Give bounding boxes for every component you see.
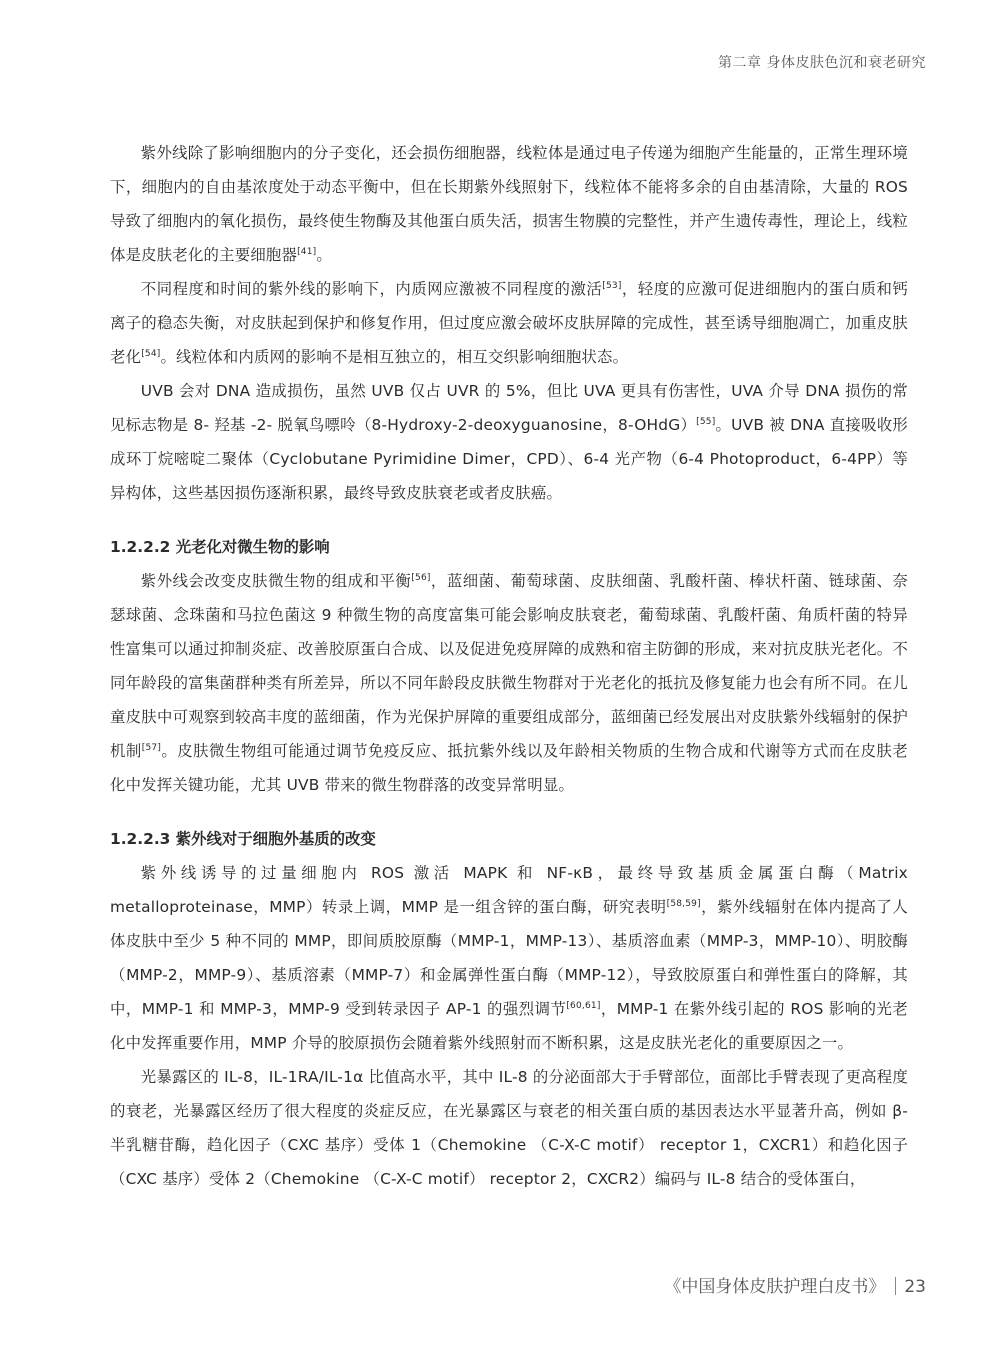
running-header: 第二章 身体皮肤色沉和衰老研究 [718,52,926,72]
paragraph: 紫外线除了影响细胞内的分子变化，还会损伤细胞器，线粒体是通过电子传递为细胞产生能… [110,136,908,272]
citation: [57] [142,743,161,753]
paragraph: UVB 会对 DNA 造成损伤，虽然 UVB 仅占 UVR 的 5%，但比 UV… [110,374,908,510]
page-footer: 《中国身体皮肤护理白皮书》23 [664,1272,926,1297]
citation: [55] [696,417,715,427]
paragraph: 紫外线会改变皮肤微生物的组成和平衡[56]，蓝细菌、葡萄球菌、皮肤细菌、乳酸杆菌… [110,564,908,802]
citation: [41] [297,247,316,257]
citation: [53] [602,281,621,291]
book-title: 《中国身体皮肤护理白皮书》 [664,1277,885,1297]
citation: [60,61] [566,1001,600,1011]
paragraph: 紫外线诱导的过量细胞内 ROS 激活 MAPK 和 NF-κB，最终导致基质金属… [110,856,908,1060]
page-body: 紫外线除了影响细胞内的分子变化，还会损伤细胞器，线粒体是通过电子传递为细胞产生能… [110,136,908,1196]
citation: [58,59] [667,899,701,909]
page-number: 23 [904,1277,926,1297]
paragraph: 不同程度和时间的紫外线的影响下，内质网应激被不同程度的激活[53]，轻度的应激可… [110,272,908,374]
section-heading: 1.2.2.3 紫外线对于细胞外基质的改变 [110,822,908,856]
paragraph: 光暴露区的 IL-8，IL-1RA/IL-1α 比值高水平，其中 IL-8 的分… [110,1060,908,1196]
citation: [56] [411,573,430,583]
section-heading: 1.2.2.2 光老化对微生物的影响 [110,530,908,564]
divider [895,1277,896,1295]
citation: [54] [141,349,160,359]
